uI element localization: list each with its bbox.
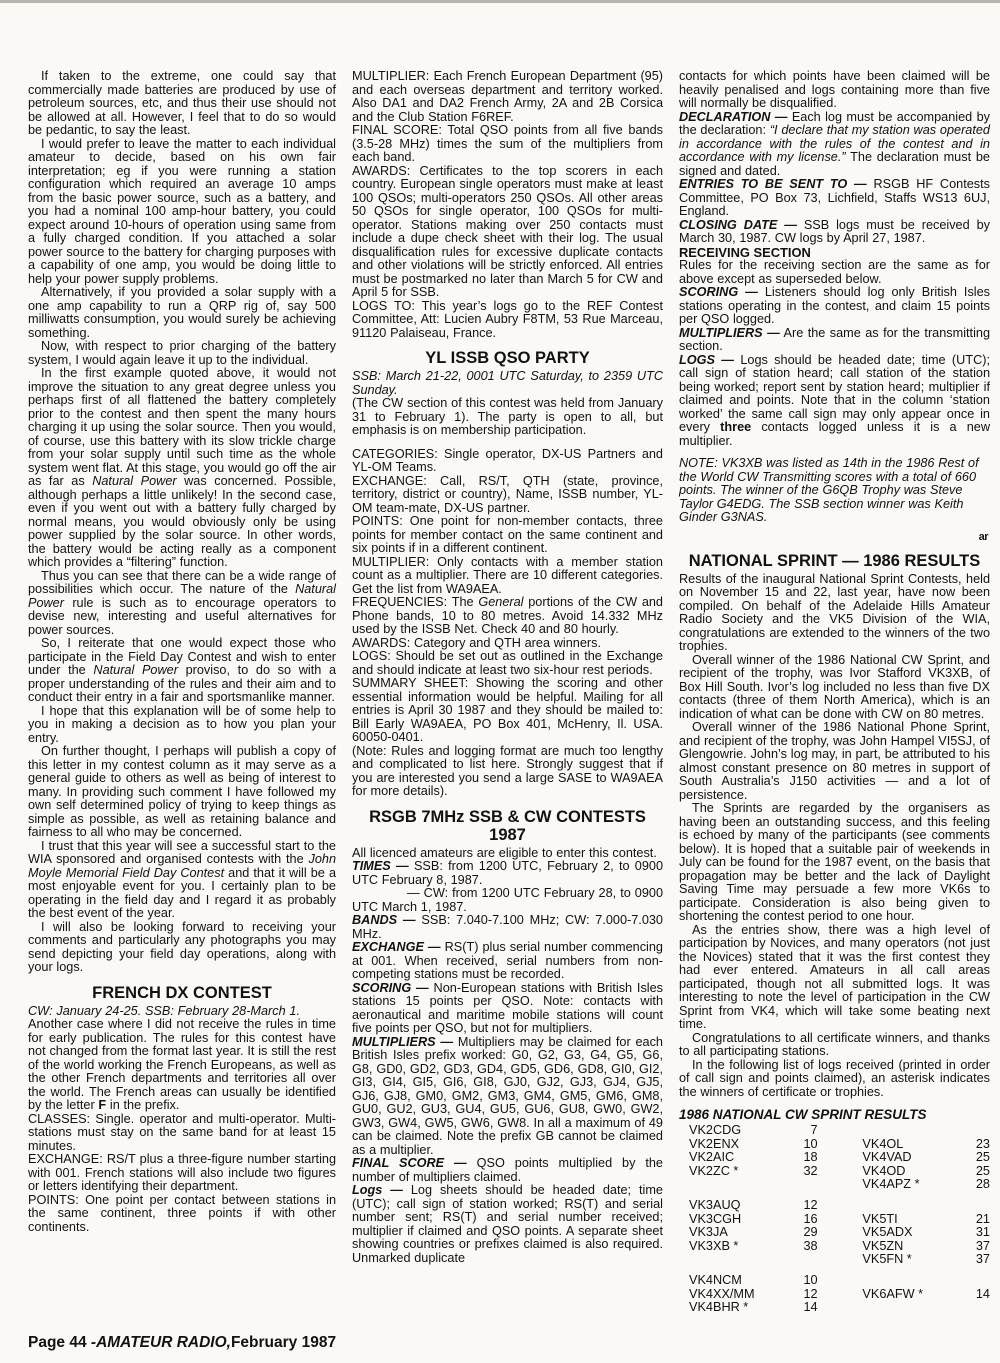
paragraph: — CW: from 1200 UTC February 28, to 0900… xyxy=(352,887,663,914)
results-row: VK4APZ *28 xyxy=(679,1178,990,1192)
callsign: VK4APZ * xyxy=(862,1178,957,1192)
results-row: VK3JA29VK5ADX31 xyxy=(679,1226,990,1240)
results-row: VK4BHR *14 xyxy=(679,1301,990,1315)
paragraph: FREQUENCIES: The General portions of the… xyxy=(352,596,663,637)
paragraph-label: MULTIPLIERS — xyxy=(352,1035,453,1049)
points xyxy=(958,1124,990,1138)
points: 14 xyxy=(786,1301,817,1315)
callsign: VK3AUQ xyxy=(689,1199,786,1213)
section-heading: RSGB 7MHz SSB & CW CONTESTS 1987 xyxy=(352,808,663,844)
paragraph: All licenced amateurs are eligible to en… xyxy=(352,847,663,861)
points: 32 xyxy=(786,1165,817,1179)
paragraph: MULTIPLIER: Only contacts with a member … xyxy=(352,556,663,597)
column-gap xyxy=(818,1165,863,1179)
column-gap xyxy=(818,1199,863,1213)
callsign: VK3JA xyxy=(689,1226,786,1240)
paragraph: CW: January 24-25. SSB: February 28-Marc… xyxy=(28,1005,336,1019)
footer-magazine-title: -AMATEUR RADIO, xyxy=(91,1334,231,1351)
paragraph: Now, with respect to prior charging of t… xyxy=(28,340,336,367)
section-heading: NATIONAL SPRINT — 1986 RESULTS xyxy=(679,552,990,570)
paragraph: I hope that this explanation will be of … xyxy=(28,705,336,746)
callsign: VK4VAD xyxy=(862,1151,957,1165)
points xyxy=(958,1199,990,1213)
callsign xyxy=(862,1199,957,1213)
paragraph: Rules for the receiving section are the … xyxy=(679,259,990,286)
paragraph: EXCHANGE: Call, RS/T, QTH (state, provin… xyxy=(352,475,663,516)
callsign: VK4XX/MM xyxy=(689,1288,786,1302)
callsign xyxy=(862,1274,957,1288)
callsign xyxy=(862,1301,957,1315)
labeled-paragraph: SCORING — Non-European stations with Bri… xyxy=(352,982,663,1036)
paragraph-label: SCORING — xyxy=(679,285,758,299)
callsign: VK4BHR * xyxy=(689,1301,786,1315)
paragraph: CATEGORIES: Single operator, DX-US Partn… xyxy=(352,448,663,475)
section-heading: FRENCH DX CONTEST xyxy=(28,984,336,1002)
labeled-paragraph: CLOSING DATE — SSB logs must be received… xyxy=(679,219,990,246)
paragraph: I trust that this year will see a succes… xyxy=(28,840,336,921)
results-row: VK2CDG7 xyxy=(679,1124,990,1138)
labeled-paragraph: TIMES — SSB: from 1200 UTC, February 2, … xyxy=(352,860,663,887)
paragraph: In the first example quoted above, it wo… xyxy=(28,367,336,570)
callsign: VK2AIC xyxy=(689,1151,786,1165)
column-gap xyxy=(818,1253,863,1267)
page-footer: Page 44 -AMATEUR RADIO,February 1987 xyxy=(28,1334,336,1352)
paragraph: CLASSES: Single. operator and multi-oper… xyxy=(28,1113,336,1154)
column-middle: MULTIPLIER: Each French European Departm… xyxy=(352,70,663,1315)
paragraph: (The CW section of this contest was held… xyxy=(352,397,663,438)
paragraph-label: SCORING — xyxy=(352,981,429,995)
callsign: VK5ADX xyxy=(862,1226,957,1240)
paragraph: FINAL SCORE: Total QSO points from all f… xyxy=(352,124,663,165)
paragraph: Overall winner of the 1986 National Phon… xyxy=(679,721,990,802)
labeled-paragraph: MULTIPLIERS — Multipliers may be claimed… xyxy=(352,1036,663,1158)
paragraph-label: CLOSING DATE — xyxy=(679,218,797,232)
paragraph: On further thought, I perhaps will publi… xyxy=(28,745,336,840)
paragraph: SUMMARY SHEET: Showing the scoring and o… xyxy=(352,677,663,745)
paragraph: (Note: Rules and logging format are much… xyxy=(352,745,663,799)
magazine-page: If taken to the extreme, one could say t… xyxy=(0,0,1000,1363)
callsign xyxy=(689,1253,786,1267)
column-gap xyxy=(818,1213,863,1227)
points: 37 xyxy=(958,1253,990,1267)
points: 23 xyxy=(958,1138,990,1152)
results-row: VK3CGH16VK5TI21 xyxy=(679,1213,990,1227)
points: 10 xyxy=(786,1274,817,1288)
column-left: If taken to the extreme, one could say t… xyxy=(28,70,336,1315)
callsign xyxy=(689,1178,786,1192)
column-gap xyxy=(818,1178,863,1192)
paragraph: I will also be looking forward to receiv… xyxy=(28,921,336,975)
results-row: VK3AUQ12 xyxy=(679,1199,990,1213)
points: 10 xyxy=(786,1138,817,1152)
column-gap xyxy=(818,1288,863,1302)
paragraph: MULTIPLIER: Each French European Departm… xyxy=(352,70,663,124)
paragraph: So, I reiterate that one would expect th… xyxy=(28,637,336,705)
scan-edge xyxy=(0,0,1000,3)
paragraph: Thus you can see that there can be a wid… xyxy=(28,570,336,638)
callsign: VK5ZN xyxy=(862,1240,957,1254)
paragraph-label: DECLARATION — xyxy=(679,110,787,124)
column-gap xyxy=(818,1138,863,1152)
paragraph-label: EXCHANGE — xyxy=(352,940,441,954)
points: 31 xyxy=(958,1226,990,1240)
paragraph-label: ENTRIES TO BE SENT TO — xyxy=(679,177,867,191)
section-subheading: RECEIVING SECTION xyxy=(679,246,990,260)
callsign xyxy=(862,1124,957,1138)
paragraph: The Sprints are regarded by the organise… xyxy=(679,802,990,924)
points: 21 xyxy=(958,1213,990,1227)
callsign: VK3XB * xyxy=(689,1240,786,1254)
spacer xyxy=(352,438,663,448)
paragraph: AWARDS: Certificates to the top scorers … xyxy=(352,165,663,300)
labeled-paragraph: LOGS — Logs should be headed date; time … xyxy=(679,354,990,449)
callsign: VK2CDG xyxy=(689,1124,786,1138)
paragraph: Congratulations to all certificate winne… xyxy=(679,1032,990,1059)
paragraph: LOGS: Should be set out as outlined in t… xyxy=(352,650,663,677)
paragraph: LOGS TO: This year’s logs go to the REF … xyxy=(352,300,663,341)
points xyxy=(958,1301,990,1315)
column-gap xyxy=(818,1124,863,1138)
labeled-paragraph: SCORING — Listeners should log only Brit… xyxy=(679,286,990,327)
labeled-paragraph: MULTIPLIERS — Are the same as for the tr… xyxy=(679,327,990,354)
results-row: VK4NCM10 xyxy=(679,1274,990,1288)
results-row: VK2ENX10VK4OL23 xyxy=(679,1138,990,1152)
paragraph: Results of the inaugural National Sprint… xyxy=(679,573,990,654)
paragraph-label: MULTIPLIERS — xyxy=(679,326,780,340)
paragraph-label: BANDS — xyxy=(352,913,416,927)
paragraph: Another case where I did not receive the… xyxy=(28,1018,336,1113)
points: 7 xyxy=(786,1124,817,1138)
callsign: VK2ENX xyxy=(689,1138,786,1152)
footer-page-number: Page 44 xyxy=(28,1334,91,1351)
paragraph: POINTS: One point for non-member contact… xyxy=(352,515,663,556)
results-row: VK2AIC18VK4VAD25 xyxy=(679,1151,990,1165)
callsign: VK5FN * xyxy=(862,1253,957,1267)
labeled-paragraph: Logs — Log sheets should be headed date;… xyxy=(352,1184,663,1265)
labeled-paragraph: DECLARATION — Each log must be accompani… xyxy=(679,111,990,179)
points: 12 xyxy=(786,1199,817,1213)
paragraph: I would prefer to leave the matter to ea… xyxy=(28,138,336,287)
callsign: VK2ZC * xyxy=(689,1165,786,1179)
results-row: VK4XX/MM12VK6AFW *14 xyxy=(679,1288,990,1302)
results-table-title: 1986 NATIONAL CW SPRINT RESULTS xyxy=(679,1107,990,1122)
paragraph: Overall winner of the 1986 National CW S… xyxy=(679,654,990,722)
paragraph: contacts for which points have been clai… xyxy=(679,70,990,111)
paragraph: EXCHANGE: RS/T plus a three-figure numbe… xyxy=(28,1153,336,1194)
labeled-paragraph: EXCHANGE — RS(T) plus serial number comm… xyxy=(352,941,663,982)
results-table: VK2CDG7VK2ENX10VK4OL23VK2AIC18VK4VAD25VK… xyxy=(679,1124,990,1315)
labeled-paragraph: BANDS — SSB: 7.040-7.100 MHz; CW: 7.000-… xyxy=(352,914,663,941)
points: 14 xyxy=(958,1288,990,1302)
paragraph: POINTS: One point per contact between st… xyxy=(28,1194,336,1235)
points xyxy=(786,1178,817,1192)
paragraph: In the following list of logs received (… xyxy=(679,1059,990,1100)
points: 38 xyxy=(786,1240,817,1254)
results-row: VK5FN *37 xyxy=(679,1253,990,1267)
labeled-paragraph: FINAL SCORE — QSO points multiplied by t… xyxy=(352,1157,663,1184)
column-right: contacts for which points have been clai… xyxy=(679,70,990,1315)
section-heading: YL ISSB QSO PARTY xyxy=(352,349,663,367)
paragraph: AWARDS: Category and QTH area winners. xyxy=(352,637,663,651)
callsign: VK4NCM xyxy=(689,1274,786,1288)
points: 37 xyxy=(958,1240,990,1254)
paragraph-label: Logs — xyxy=(352,1183,403,1197)
points: 29 xyxy=(786,1226,817,1240)
paragraph: As the entries show, there was a high le… xyxy=(679,924,990,1032)
paragraph-label: FINAL SCORE — xyxy=(352,1156,467,1170)
column-gap xyxy=(818,1240,863,1254)
column-gap xyxy=(818,1226,863,1240)
paragraph: If taken to the extreme, one could say t… xyxy=(28,70,336,138)
callsign: VK4OD xyxy=(862,1165,957,1179)
points xyxy=(958,1274,990,1288)
labeled-paragraph: ENTRIES TO BE SENT TO — RSGB HF Contests… xyxy=(679,178,990,219)
points: 28 xyxy=(958,1178,990,1192)
points: 12 xyxy=(786,1288,817,1302)
column-gap xyxy=(818,1301,863,1315)
callsign: VK3CGH xyxy=(689,1213,786,1227)
results-row: VK3XB *38VK5ZN37 xyxy=(679,1240,990,1254)
column-gap xyxy=(818,1274,863,1288)
paragraph: SSB: March 21-22, 0001 UTC Saturday, to … xyxy=(352,370,663,397)
callsign: VK6AFW * xyxy=(862,1288,957,1302)
footer-issue-date: February 1987 xyxy=(231,1334,336,1351)
column-gap xyxy=(818,1151,863,1165)
paragraph: Alternatively, if you provided a solar s… xyxy=(28,286,336,340)
paragraph-label: TIMES — xyxy=(352,859,409,873)
paragraph: NOTE: VK3XB was listed as 14th in the 19… xyxy=(679,457,990,525)
points xyxy=(786,1253,817,1267)
callsign: VK5TI xyxy=(862,1213,957,1227)
end-of-article-mark: ar xyxy=(679,531,990,543)
callsign: VK4OL xyxy=(862,1138,957,1152)
points: 16 xyxy=(786,1213,817,1227)
paragraph-label: LOGS — xyxy=(679,353,734,367)
results-row: VK2ZC *32VK4OD25 xyxy=(679,1165,990,1179)
points: 18 xyxy=(786,1151,817,1165)
points: 25 xyxy=(958,1165,990,1179)
article-columns: If taken to the extreme, one could say t… xyxy=(28,70,990,1315)
points: 25 xyxy=(958,1151,990,1165)
